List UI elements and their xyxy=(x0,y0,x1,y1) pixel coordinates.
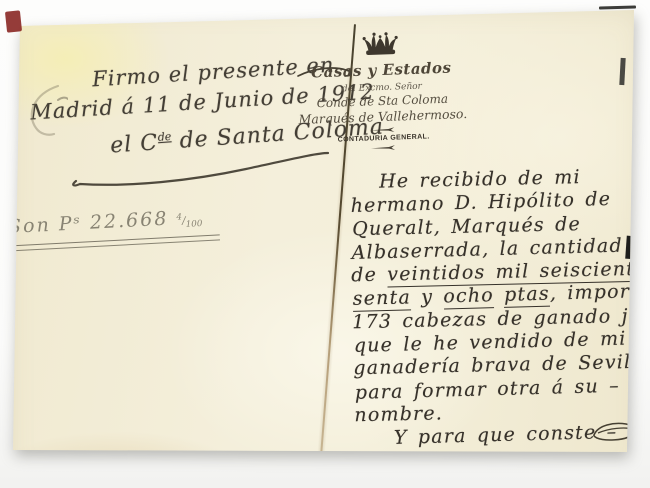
underlined-amount-words: senta xyxy=(352,287,411,312)
letterhead-department: CONTADURIA GENERAL. xyxy=(338,133,430,143)
printed-letterhead: Casas y Estados del Excmo. Señor Conde d… xyxy=(328,29,436,153)
underlined-amount-words: ocho xyxy=(443,285,494,310)
crown-icon xyxy=(360,30,401,57)
fraction-numerator: 4 xyxy=(176,212,182,222)
letter-paper: Firmo el presente en Madrid á 11 de Juni… xyxy=(0,0,650,488)
paper-edge-dark-sliver xyxy=(625,236,637,260)
handwriting-text: y xyxy=(411,286,444,309)
signature-flourish-icon xyxy=(68,146,334,188)
handwriting-text: Y para que conste – xyxy=(394,421,618,449)
letterhead-title: Casas y Estados xyxy=(311,59,452,82)
pencil-amount-note: Son Pˢ 22.668 4/100 xyxy=(8,206,203,239)
red-corner-mark xyxy=(5,10,22,32)
scribble-icon xyxy=(590,419,640,445)
pencil-arc-mark-icon xyxy=(22,82,68,142)
paper-shadow-wrap: Firmo el presente en Madrid á 11 de Juni… xyxy=(0,0,650,488)
ornament-dash-icon xyxy=(370,127,396,134)
document-photo: Firmo el presente en Madrid á 11 de Juni… xyxy=(0,0,650,488)
underlined-amount-words: ptas xyxy=(504,283,550,308)
fraction-denominator: 100 xyxy=(186,219,203,230)
amount-fraction: 4/100 xyxy=(176,214,202,227)
handwriting-text: , importe de – xyxy=(550,279,650,305)
ornament-dash-icon xyxy=(371,145,397,152)
handwriting-text: nombre. xyxy=(354,402,443,426)
amount-text: Son Pˢ 22.668 xyxy=(8,208,169,238)
handwriting-text: de xyxy=(351,264,388,287)
letter-body: He recibido de mihermano D. Hipólito deQ… xyxy=(349,165,647,451)
paper-edge-dark-sliver xyxy=(619,58,625,85)
